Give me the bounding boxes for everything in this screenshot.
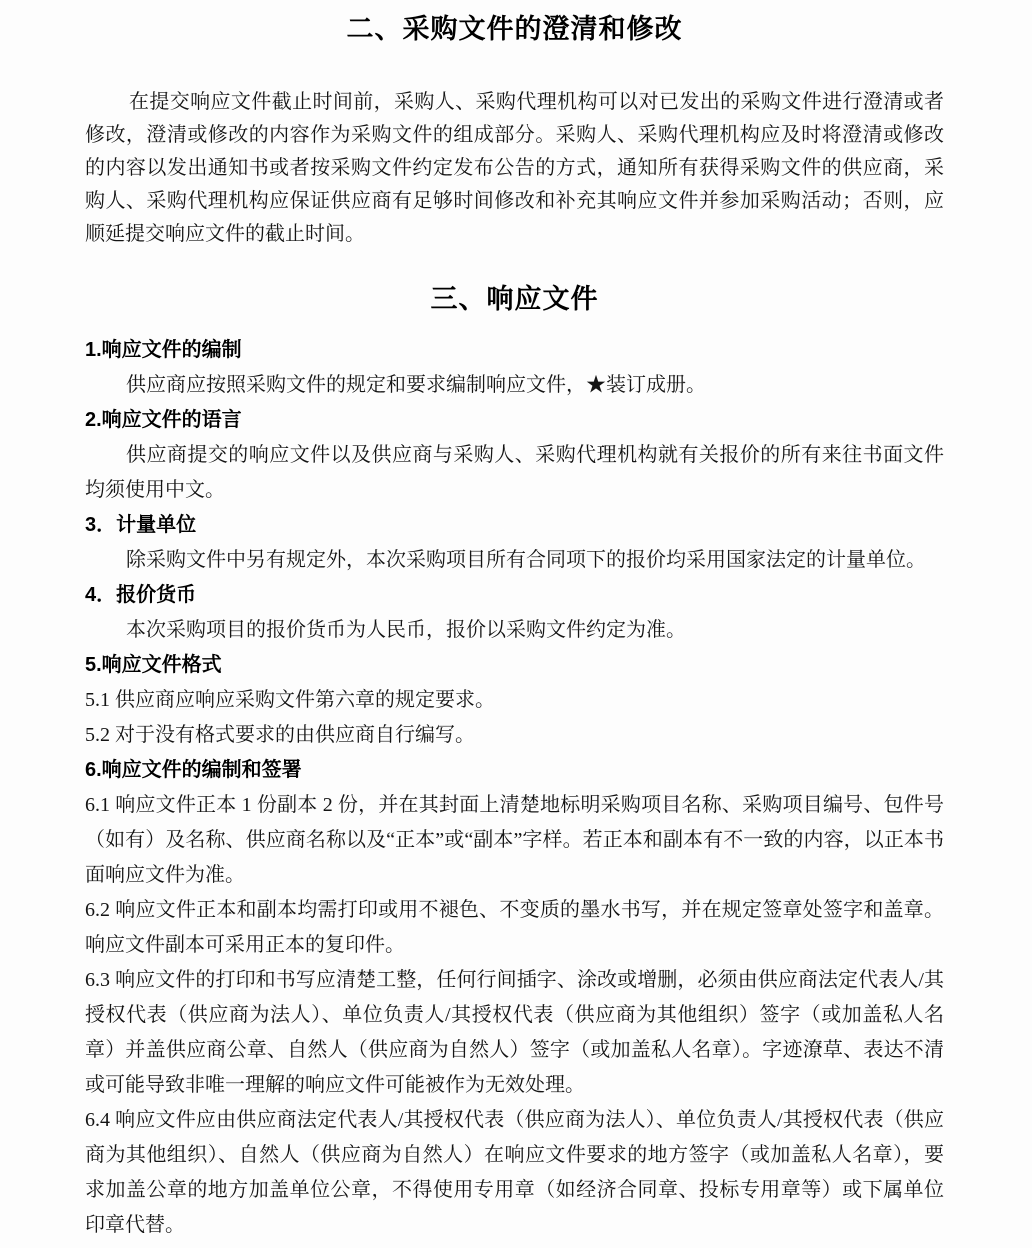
clause-4-heading: 4．报价货币 xyxy=(85,578,944,613)
section-3-title: 三、响应文件 xyxy=(85,278,944,320)
section-2-title: 二、采购文件的澄清和修改 xyxy=(85,8,944,50)
clause-6-4-paragraph: 6.4 响应文件应由供应商法定代表人/其授权代表（供应商为法人）、单位负责人/其… xyxy=(85,1103,944,1243)
document-page: 二、采购文件的澄清和修改 在提交响应文件截止时间前，采购人、采购代理机构可以对已… xyxy=(0,0,1032,1248)
clause-6-heading: 6.响应文件的编制和签署 xyxy=(85,753,944,788)
clause-6-3-paragraph: 6.3 响应文件的打印和书写应清楚工整，任何行间插字、涂改或增删，必须由供应商法… xyxy=(85,963,944,1103)
clause-4-paragraph: 本次采购项目的报价货币为人民币，报价以采购文件约定为准。 xyxy=(85,613,944,648)
clause-3-heading: 3．计量单位 xyxy=(85,508,944,543)
clause-6-1-paragraph: 6.1 响应文件正本 1 份副本 2 份，并在其封面上清楚地标明采购项目名称、采… xyxy=(85,788,944,893)
clause-2-paragraph: 供应商提交的响应文件以及供应商与采购人、采购代理机构就有关报价的所有来往书面文件… xyxy=(85,438,944,508)
clause-1-paragraph: 供应商应按照采购文件的规定和要求编制响应文件，★装订成册。 xyxy=(85,368,944,403)
clause-1-heading: 1.响应文件的编制 xyxy=(85,333,944,368)
clause-2-heading: 2.响应文件的语言 xyxy=(85,403,944,438)
clause-3-paragraph: 除采购文件中另有规定外，本次采购项目所有合同项下的报价均采用国家法定的计量单位。 xyxy=(85,543,944,578)
clause-5-2-paragraph: 5.2 对于没有格式要求的由供应商自行编写。 xyxy=(85,718,944,753)
clause-6-2-paragraph: 6.2 响应文件正本和副本均需打印或用不褪色、不变质的墨水书写，并在规定签章处签… xyxy=(85,893,944,963)
clause-5-1-paragraph: 5.1 供应商应响应采购文件第六章的规定要求。 xyxy=(85,683,944,718)
clause-5-heading: 5.响应文件格式 xyxy=(85,648,944,683)
section-2-paragraph: 在提交响应文件截止时间前，采购人、采购代理机构可以对已发出的采购文件进行澄清或者… xyxy=(85,86,944,251)
